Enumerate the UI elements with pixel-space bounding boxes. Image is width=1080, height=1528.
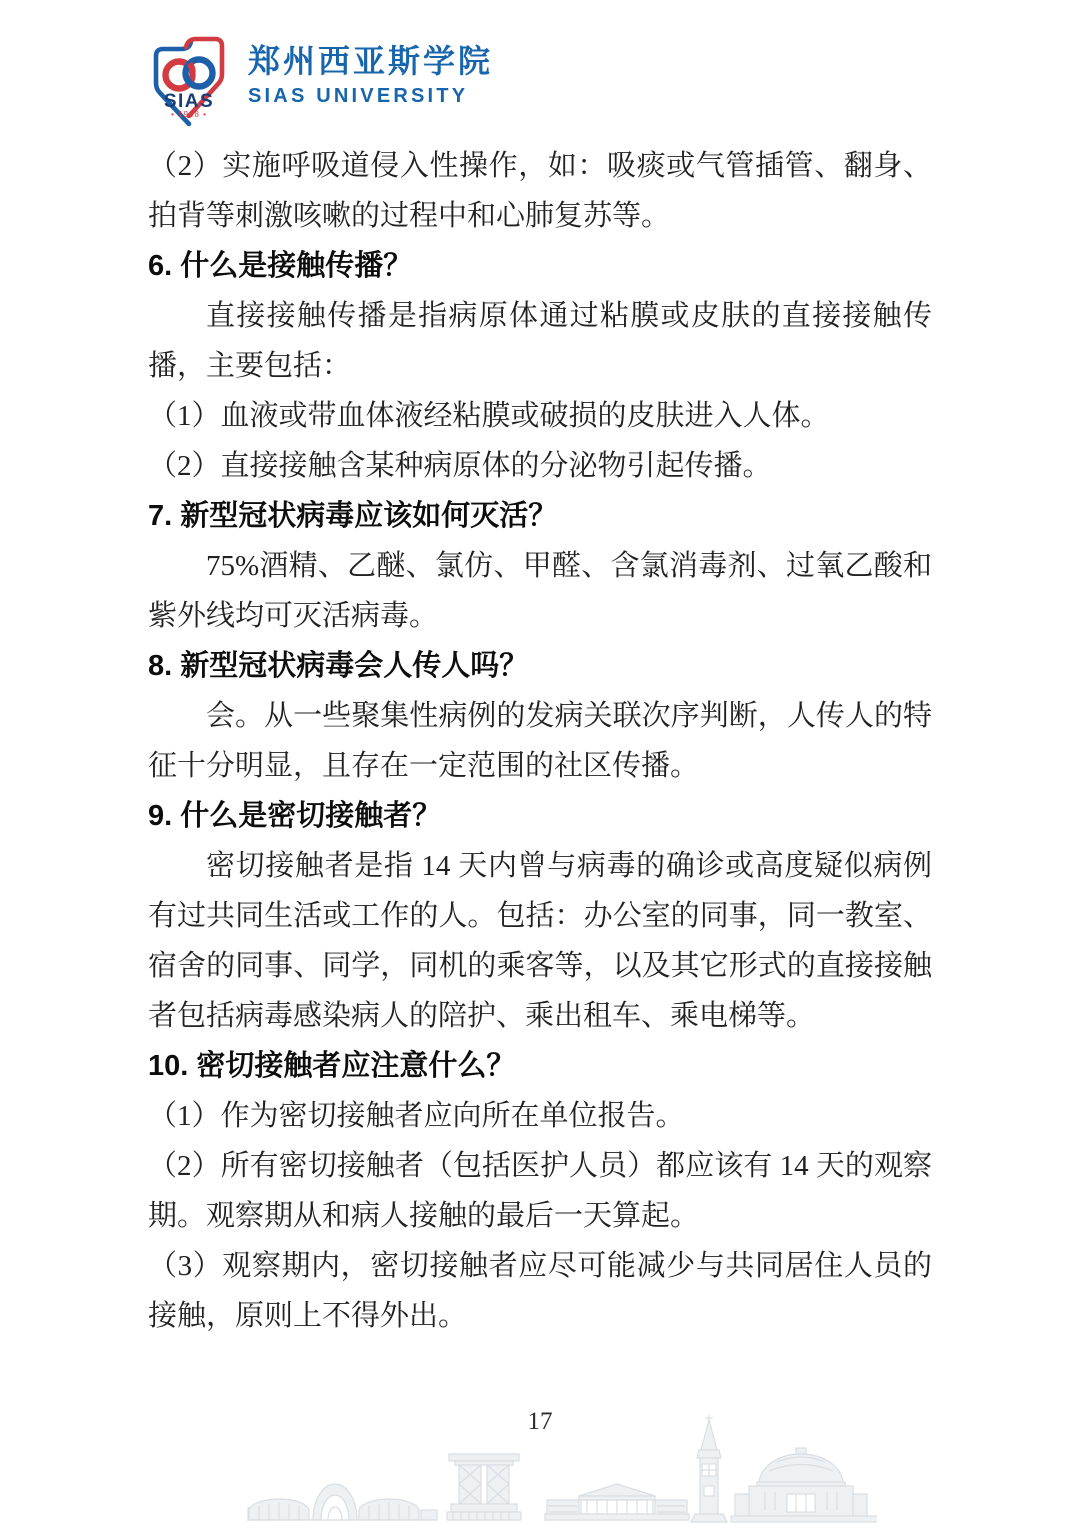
header: SIAS • 1998 • 郑州西亚斯学院 SIAS UNIVERSITY xyxy=(146,30,493,128)
sias-shield-logo-icon: SIAS • 1998 • xyxy=(146,30,232,128)
body-paragraph: 75%酒精、乙醚、氯仿、甲醛、含氯消毒剂、过氧乙酸和紫外线均可灭活病毒。 xyxy=(148,541,932,641)
section-heading: 9. 什么是密切接触者？ xyxy=(148,791,932,841)
university-name-en: SIAS UNIVERSITY xyxy=(248,85,493,108)
document-body: （2）实施呼吸道侵入性操作，如：吸痰或气管插管、翻身、拍背等刺激咳嗽的过程中和心… xyxy=(148,141,932,1341)
section-heading: 7. 新型冠状病毒应该如何灭活？ xyxy=(148,491,932,541)
section-heading: 6. 什么是接触传播？ xyxy=(148,241,932,291)
watermark-building-gate-tower xyxy=(447,1454,521,1520)
body-paragraph: （1）作为密切接触者应向所在单位报告。 xyxy=(148,1091,932,1141)
document-page: SIAS • 1998 • 郑州西亚斯学院 SIAS UNIVERSITY （2… xyxy=(0,0,1080,1528)
body-paragraph: （2）所有密切接触者（包括医护人员）都应该有 14 天的观察期。观察期从和病人接… xyxy=(148,1141,932,1241)
watermark-building-spire-tower xyxy=(691,1415,727,1522)
body-paragraph: （1）血液或带血体液经粘膜或破损的皮肤进入人体。 xyxy=(148,391,932,441)
university-name-cn: 郑州西亚斯学院 xyxy=(248,40,493,83)
watermark-building-classical xyxy=(545,1484,689,1520)
logo-badge-year: • 1998 • xyxy=(171,110,207,119)
section-heading: 10. 密切接触者应注意什么？ xyxy=(148,1041,932,1091)
logo-badge-text: SIAS xyxy=(164,91,214,112)
body-paragraph: （3）观察期内，密切接触者应尽可能减少与共同居住人员的接触，原则上不得外出。 xyxy=(148,1241,932,1341)
body-paragraph: 直接接触传播是指病原体通过粘膜或皮肤的直接接触传播，主要包括： xyxy=(148,291,932,391)
campus-skyline-watermark xyxy=(247,1414,877,1526)
body-paragraph: （2）直接接触含某种病原体的分泌物引起传播。 xyxy=(148,441,932,491)
section-heading: 8. 新型冠状病毒会人传人吗？ xyxy=(148,641,932,691)
body-paragraph: 密切接触者是指 14 天内曾与病毒的确诊或高度疑似病例有过共同生活或工作的人。包… xyxy=(148,841,932,1041)
body-paragraph: 会。从一些聚集性病例的发病关联次序判断，人传人的特征十分明显，且存在一定范围的社… xyxy=(148,691,932,791)
watermark-building-pavilion xyxy=(247,1484,437,1520)
watermark-building-dome xyxy=(731,1448,877,1522)
body-paragraph: （2）实施呼吸道侵入性操作，如：吸痰或气管插管、翻身、拍背等刺激咳嗽的过程中和心… xyxy=(148,141,932,241)
university-name-block: 郑州西亚斯学院 SIAS UNIVERSITY xyxy=(248,30,493,108)
